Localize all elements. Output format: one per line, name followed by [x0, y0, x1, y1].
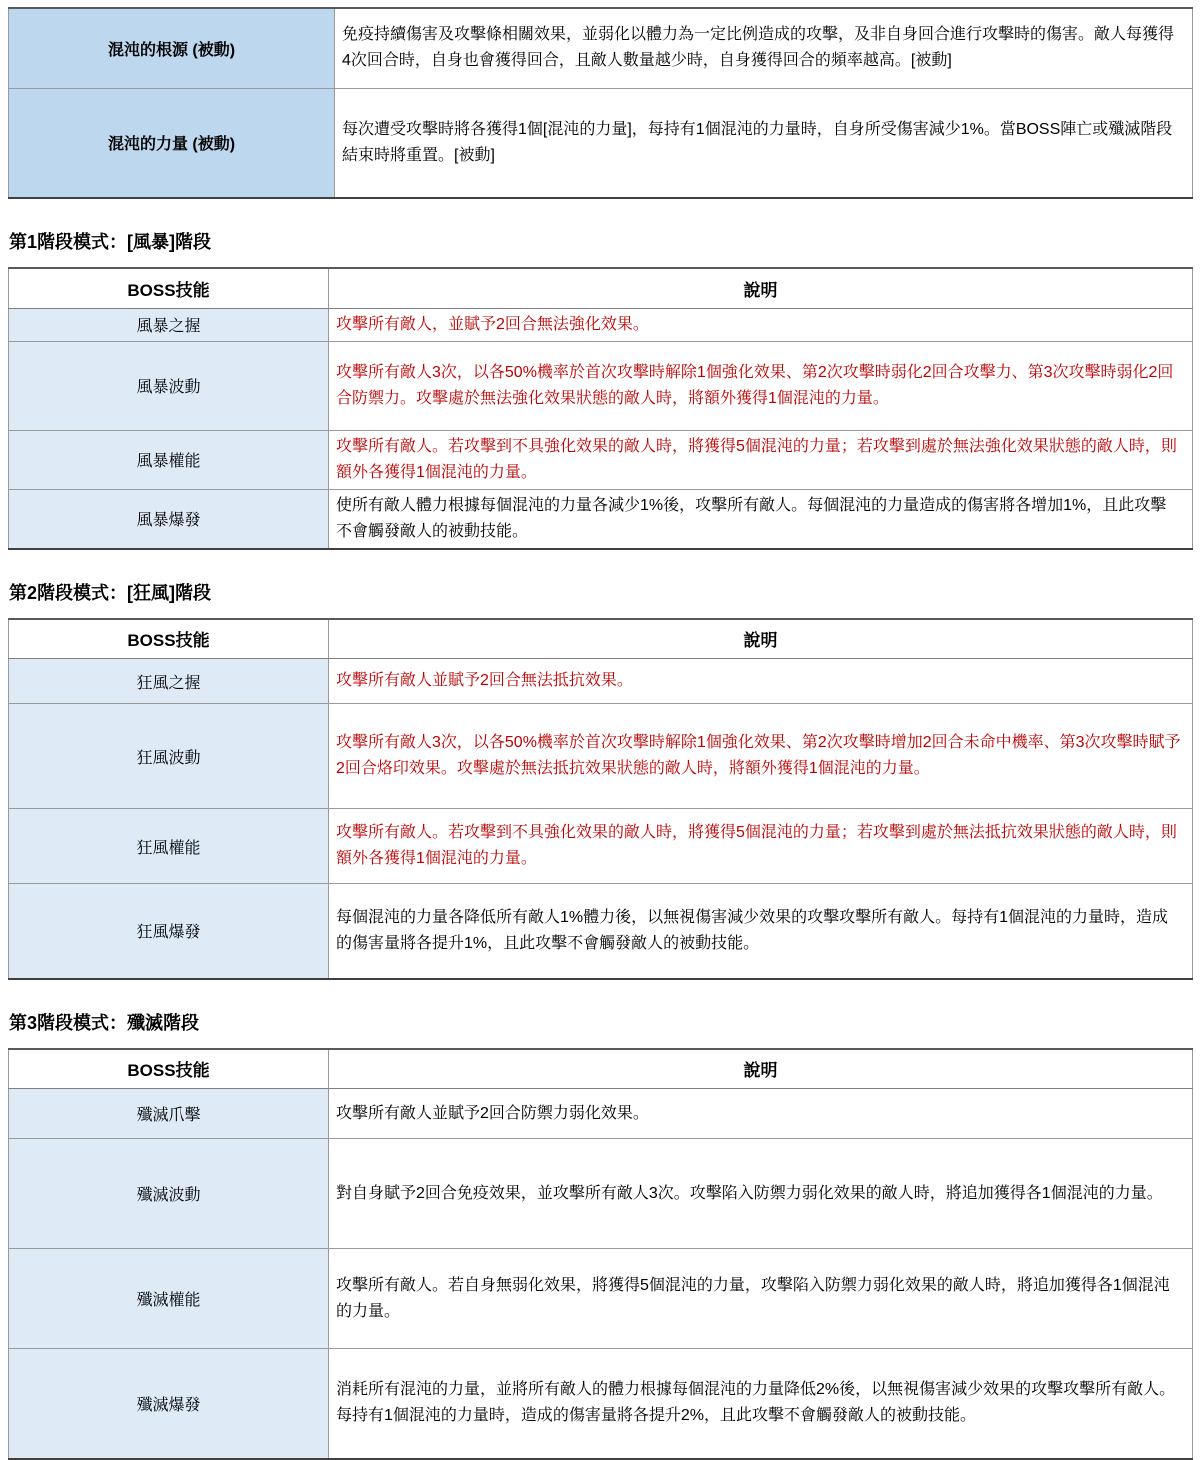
- table-row: 風暴之握 攻擊所有敵人，並賦予2回合無法強化效果。: [9, 308, 1193, 341]
- boss-skill-description: 攻擊所有敵人。若自身無弱化效果，將獲得5個混沌的力量，攻擊陷入防禦力弱化效果的敵…: [329, 1249, 1193, 1349]
- boss-skills-table-phase-3: BOSS技能 說明 殲滅爪擊 攻擊所有敵人並賦予2回合防禦力弱化效果。 殲滅波動…: [8, 1048, 1193, 1460]
- passive-skill-name: 混沌的力量 (被動): [9, 88, 335, 198]
- boss-skill-description: 攻擊所有敵人並賦予2回合防禦力弱化效果。: [329, 1089, 1193, 1139]
- boss-skill-description: 攻擊所有敵人並賦予2回合無法抵抗效果。: [329, 659, 1193, 704]
- passive-skill-name: 混沌的根源 (被動): [9, 8, 335, 88]
- boss-skill-description: 攻擊所有敵人。若攻擊到不具強化效果的敵人時，將獲得5個混沌的力量；若攻擊到處於無…: [329, 430, 1193, 489]
- boss-skill-name: 殲滅爪擊: [9, 1089, 329, 1139]
- column-header-description: 說明: [329, 268, 1193, 308]
- boss-skill-description: 攻擊所有敵人，並賦予2回合無法強化效果。: [329, 308, 1193, 341]
- table-row: 風暴波動 攻擊所有敵人3次，以各50%機率於首次攻擊時解除1個強化效果、第2次攻…: [9, 341, 1193, 430]
- column-header-boss-skill: BOSS技能: [9, 619, 329, 659]
- table-row: 殲滅波動 對自身賦予2回合免疫效果，並攻擊所有敵人3次。攻擊陷入防禦力弱化效果的…: [9, 1139, 1193, 1249]
- table-header-row: BOSS技能 說明: [9, 619, 1193, 659]
- section-heading-phase-3: 第3階段模式：殲滅階段: [9, 1011, 1193, 1035]
- column-header-boss-skill: BOSS技能: [9, 268, 329, 308]
- boss-skill-name: 狂風之握: [9, 659, 329, 704]
- table-header-row: BOSS技能 說明: [9, 268, 1193, 308]
- table-row: 殲滅爪擊 攻擊所有敵人並賦予2回合防禦力弱化效果。: [9, 1089, 1193, 1139]
- table-row: 風暴權能 攻擊所有敵人。若攻擊到不具強化效果的敵人時，將獲得5個混沌的力量；若攻…: [9, 430, 1193, 489]
- boss-skill-description: 消耗所有混沌的力量，並將所有敵人的體力根據每個混沌的力量降低2%後，以無視傷害減…: [329, 1349, 1193, 1459]
- table-row: 狂風爆發 每個混沌的力量各降低所有敵人1%體力後，以無視傷害減少效果的攻擊攻擊所…: [9, 884, 1193, 979]
- boss-skill-name: 狂風爆發: [9, 884, 329, 979]
- boss-skill-name: 風暴之握: [9, 308, 329, 341]
- column-header-description: 說明: [329, 619, 1193, 659]
- passive-skill-description: 每次遭受攻擊時將各獲得1個[混沌的力量]，每持有1個混沌的力量時，自身所受傷害減…: [335, 88, 1193, 198]
- boss-skill-name: 風暴爆發: [9, 489, 329, 549]
- column-header-boss-skill: BOSS技能: [9, 1049, 329, 1089]
- table-row: 殲滅權能 攻擊所有敵人。若自身無弱化效果，將獲得5個混沌的力量，攻擊陷入防禦力弱…: [9, 1249, 1193, 1349]
- boss-skill-description: 使所有敵人體力根據每個混沌的力量各減少1%後，攻擊所有敵人。每個混沌的力量造成的…: [329, 489, 1193, 549]
- passive-skill-description: 免疫持續傷害及攻擊條相關效果，並弱化以體力為一定比例造成的攻擊，及非自身回合進行…: [335, 8, 1193, 88]
- boss-skill-description: 每個混沌的力量各降低所有敵人1%體力後，以無視傷害減少效果的攻擊攻擊所有敵人。每…: [329, 884, 1193, 979]
- section-heading-phase-2: 第2階段模式：[狂風]階段: [9, 581, 1193, 605]
- boss-skill-name: 狂風波動: [9, 704, 329, 809]
- boss-skills-table-phase-2: BOSS技能 說明 狂風之握 攻擊所有敵人並賦予2回合無法抵抗效果。 狂風波動 …: [8, 618, 1193, 980]
- boss-skill-name: 風暴權能: [9, 430, 329, 489]
- boss-skills-table-phase-1: BOSS技能 說明 風暴之握 攻擊所有敵人，並賦予2回合無法強化效果。 風暴波動…: [8, 267, 1193, 550]
- column-header-description: 說明: [329, 1049, 1193, 1089]
- boss-skill-name: 風暴波動: [9, 341, 329, 430]
- boss-skill-description: 攻擊所有敵人3次，以各50%機率於首次攻擊時解除1個強化效果、第2次攻擊時增加2…: [329, 704, 1193, 809]
- table-row: 混沌的力量 (被動) 每次遭受攻擊時將各獲得1個[混沌的力量]，每持有1個混沌的…: [9, 88, 1193, 198]
- boss-skill-description: 攻擊所有敵人3次，以各50%機率於首次攻擊時解除1個強化效果、第2次攻擊時弱化2…: [329, 341, 1193, 430]
- boss-skill-name: 殲滅權能: [9, 1249, 329, 1349]
- table-row: 狂風波動 攻擊所有敵人3次，以各50%機率於首次攻擊時解除1個強化效果、第2次攻…: [9, 704, 1193, 809]
- table-row: 風暴爆發 使所有敵人體力根據每個混沌的力量各減少1%後，攻擊所有敵人。每個混沌的…: [9, 489, 1193, 549]
- section-heading-phase-1: 第1階段模式：[風暴]階段: [9, 230, 1193, 254]
- table-row: 殲滅爆發 消耗所有混沌的力量，並將所有敵人的體力根據每個混沌的力量降低2%後，以…: [9, 1349, 1193, 1459]
- boss-skill-name: 狂風權能: [9, 809, 329, 884]
- table-row: 狂風之握 攻擊所有敵人並賦予2回合無法抵抗效果。: [9, 659, 1193, 704]
- boss-skill-description: 對自身賦予2回合免疫效果，並攻擊所有敵人3次。攻擊陷入防禦力弱化效果的敵人時，將…: [329, 1139, 1193, 1249]
- table-header-row: BOSS技能 說明: [9, 1049, 1193, 1089]
- table-row: 狂風權能 攻擊所有敵人。若攻擊到不具強化效果的敵人時，將獲得5個混沌的力量；若攻…: [9, 809, 1193, 884]
- boss-skill-name: 殲滅波動: [9, 1139, 329, 1249]
- boss-skill-description: 攻擊所有敵人。若攻擊到不具強化效果的敵人時，將獲得5個混沌的力量；若攻擊到處於無…: [329, 809, 1193, 884]
- table-row: 混沌的根源 (被動) 免疫持續傷害及攻擊條相關效果，並弱化以體力為一定比例造成的…: [9, 8, 1193, 88]
- passive-skills-table: 混沌的根源 (被動) 免疫持續傷害及攻擊條相關效果，並弱化以體力為一定比例造成的…: [8, 7, 1193, 199]
- boss-skill-name: 殲滅爆發: [9, 1349, 329, 1459]
- boss-skill-document: 混沌的根源 (被動) 免疫持續傷害及攻擊條相關效果，並弱化以體力為一定比例造成的…: [0, 0, 1200, 1460]
